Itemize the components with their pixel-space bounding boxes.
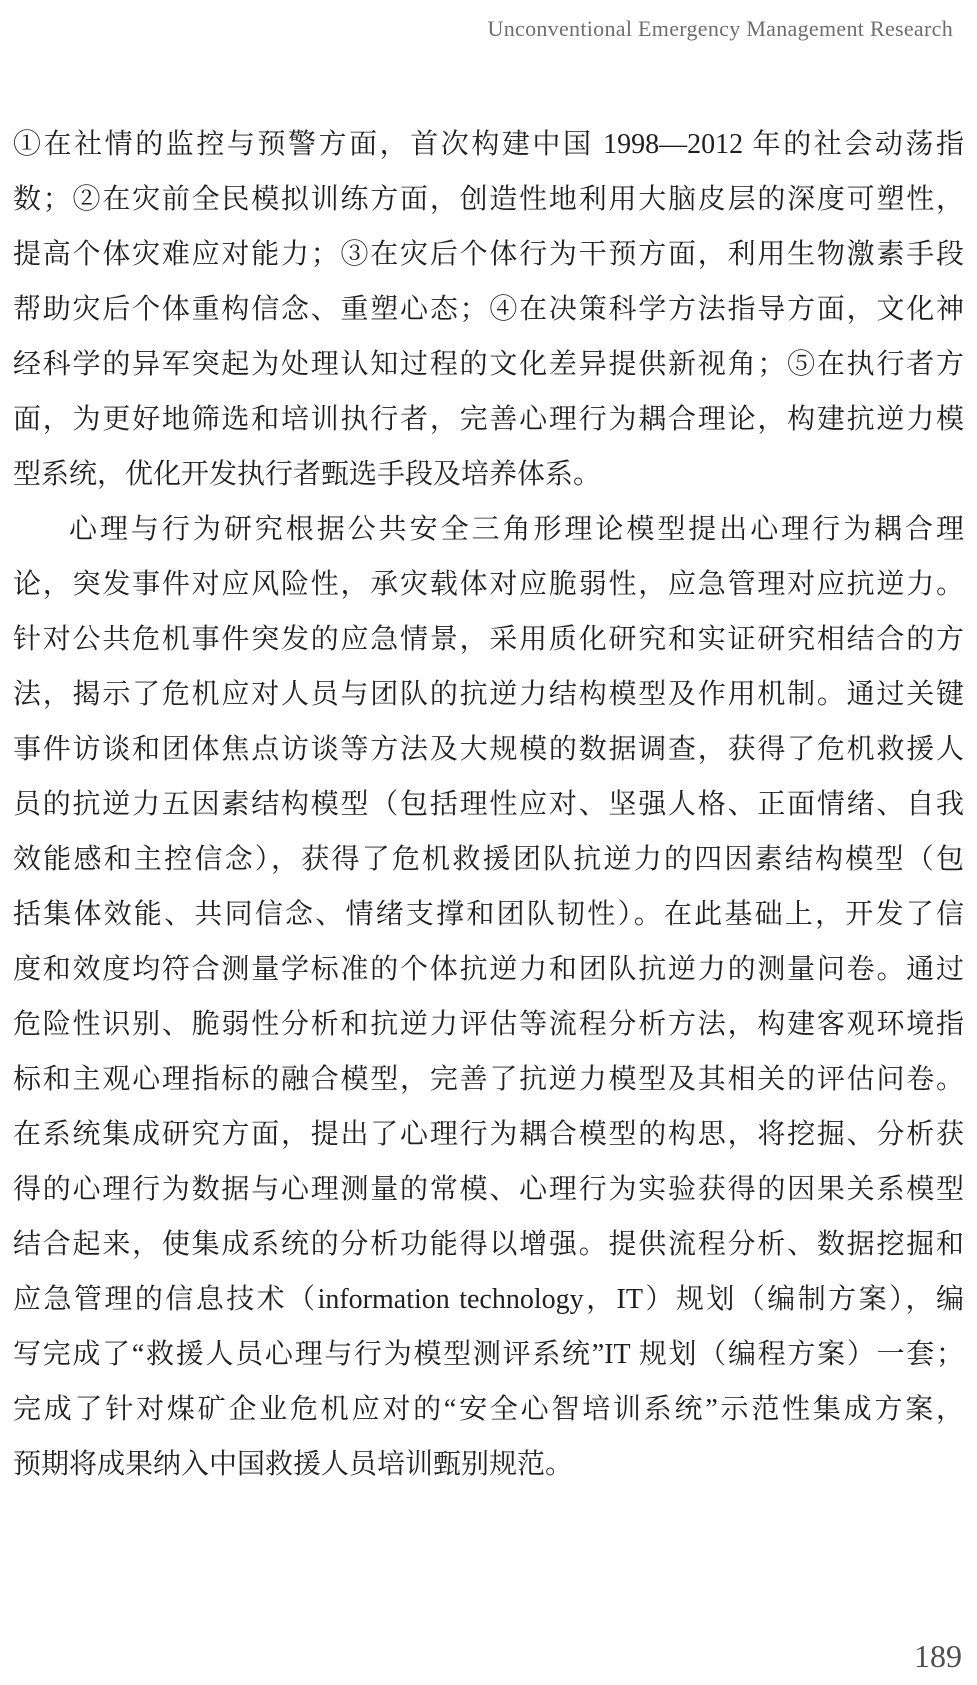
page-number: 189 <box>914 1638 962 1674</box>
text-line: 括集体效能、共同信念、情绪支撑和团队韧性）。在此基础上，开发了信 <box>13 887 964 942</box>
body-text: ①在社情的监控与预警方面，首次构建中国 1998—2012 年的社会动荡指数；②… <box>13 117 964 1492</box>
text-line: 预期将成果纳入中国救援人员培训甄别规范。 <box>13 1437 964 1492</box>
text-line: 写完成了“救援人员心理与行为模型测评系统”IT 规划（编程方案）一套； <box>13 1327 964 1382</box>
text-line: 面，为更好地筛选和培训执行者，完善心理行为耦合理论，构建抗逆力模 <box>13 392 964 447</box>
text-line: 法，揭示了危机应对人员与团队的抗逆力结构模型及作用机制。通过关键 <box>13 667 964 722</box>
text-line: 效能感和主控信念），获得了危机救援团队抗逆力的四因素结构模型（包 <box>13 832 964 887</box>
text-line: 帮助灾后个体重构信念、重塑心态；④在决策科学方法指导方面，文化神 <box>13 282 964 337</box>
running-header: Unconventional Emergency Management Rese… <box>488 16 953 42</box>
text-line: 员的抗逆力五因素结构模型（包括理性应对、坚强人格、正面情绪、自我 <box>13 777 964 832</box>
text-line: 提高个体灾难应对能力；③在灾后个体行为干预方面，利用生物激素手段 <box>13 227 964 282</box>
text-line: 标和主观心理指标的融合模型，完善了抗逆力模型及其相关的评估问卷。 <box>13 1052 964 1107</box>
text-line: 经科学的异军突起为处理认知过程的文化差异提供新视角；⑤在执行者方 <box>13 337 964 392</box>
text-line: ①在社情的监控与预警方面，首次构建中国 1998—2012 年的社会动荡指 <box>13 117 964 172</box>
text-line: 数；②在灾前全民模拟训练方面，创造性地利用大脑皮层的深度可塑性， <box>13 172 964 227</box>
text-line: 应急管理的信息技术（information technology，IT）规划（编… <box>13 1272 964 1327</box>
text-line: 事件访谈和团体焦点访谈等方法及大规模的数据调查，获得了危机救援人 <box>13 722 964 777</box>
text-line: 在系统集成研究方面，提出了心理行为耦合模型的构思，将挖掘、分析获 <box>13 1107 964 1162</box>
text-line: 完成了针对煤矿企业危机应对的“安全心智培训系统”示范性集成方案， <box>13 1382 964 1437</box>
text-line: 型系统，优化开发执行者甄选手段及培养体系。 <box>13 447 964 502</box>
text-line: 危险性识别、脆弱性分析和抗逆力评估等流程分析方法，构建客观环境指 <box>13 997 964 1052</box>
text-line: 针对公共危机事件突发的应急情景，采用质化研究和实证研究相结合的方 <box>13 612 964 667</box>
book-page: Unconventional Emergency Management Rese… <box>0 0 977 1685</box>
text-line: 心理与行为研究根据公共安全三角形理论模型提出心理行为耦合理 <box>13 502 964 557</box>
text-line: 度和效度均符合测量学标准的个体抗逆力和团队抗逆力的测量问卷。通过 <box>13 942 964 997</box>
text-line: 得的心理行为数据与心理测量的常模、心理行为实验获得的因果关系模型 <box>13 1162 964 1217</box>
text-line: 结合起来，使集成系统的分析功能得以增强。提供流程分析、数据挖掘和 <box>13 1217 964 1272</box>
text-line: 论，突发事件对应风险性，承灾载体对应脆弱性，应急管理对应抗逆力。 <box>13 557 964 612</box>
